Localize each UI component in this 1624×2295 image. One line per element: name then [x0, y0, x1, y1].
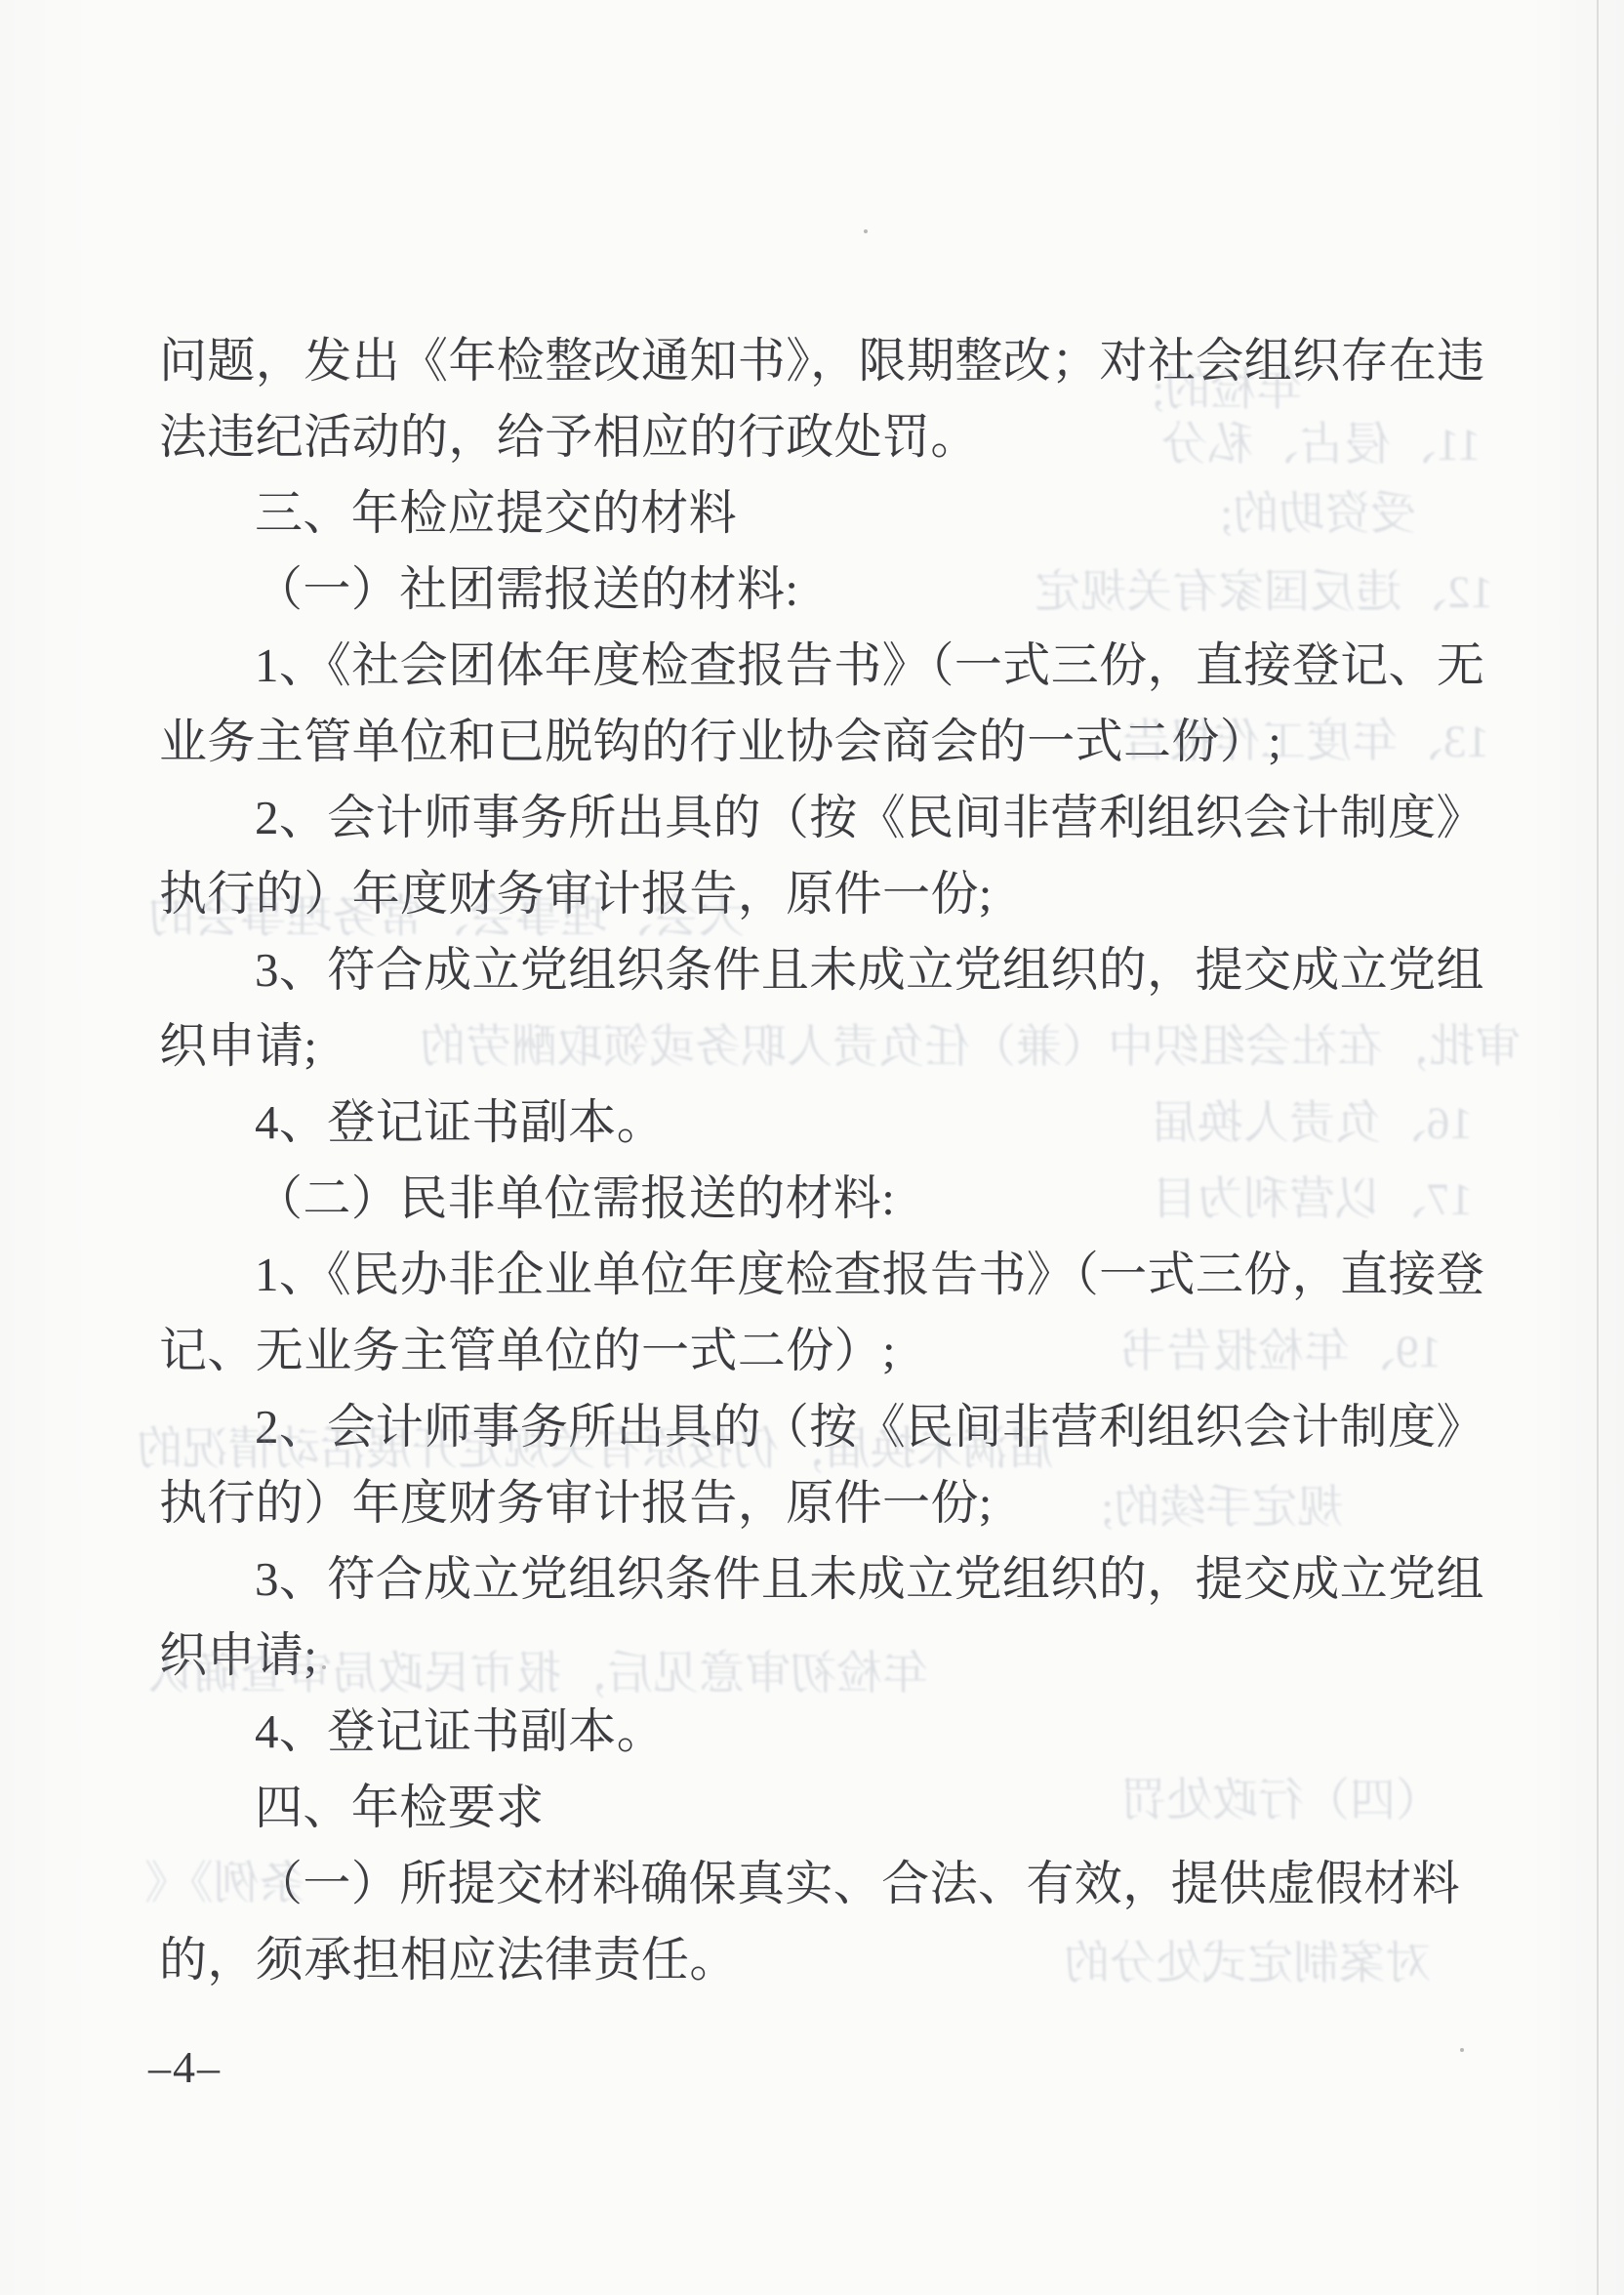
text-line: 织申请;: [159, 1618, 1525, 1694]
paper-speck: [864, 229, 868, 233]
text-line: 4、登记证书副本。: [159, 1694, 1525, 1770]
scanned-document-page: 问题，发出《年检整改通知书》，限期整改；对社会组织存在违法违纪活动的，给予相应的…: [0, 0, 1624, 2295]
text-line: 4、登记证书副本。: [159, 1085, 1525, 1161]
text-line: 1、《社会团体年度检查报告书》（一式三份，直接登记、无: [159, 628, 1525, 704]
text-line: 3、符合成立党组织条件且未成立党组织的，提交成立党组: [159, 1541, 1525, 1618]
scan-edge-line: [1597, 0, 1599, 2295]
document-body: 问题，发出《年检整改通知书》，限期整改；对社会组织存在违法违纪活动的，给予相应的…: [159, 323, 1525, 1998]
text-line: 2、会计师事务所出具的（按《民间非营利组织会计制度》: [159, 780, 1525, 856]
text-line: 3、符合成立党组织条件且未成立党组织的，提交成立党组: [159, 932, 1525, 1008]
paper-speck: [322, 1665, 326, 1669]
text-line: 法违纪活动的，给予相应的行政处罚。: [159, 399, 1525, 475]
text-line: 问题，发出《年检整改通知书》，限期整改；对社会组织存在违: [159, 323, 1525, 399]
text-line: 织申请;: [159, 1008, 1525, 1085]
text-line: 的，须承担相应法律责任。: [159, 1922, 1525, 1998]
text-line: 1、《民办非企业单位年度检查报告书》（一式三份，直接登: [159, 1237, 1525, 1313]
text-line: （一）所提交材料确保真实、合法、有效，提供虚假材料: [159, 1846, 1525, 1922]
text-line: （二）民非单位需报送的材料:: [159, 1161, 1525, 1237]
text-line: 业务主管单位和已脱钩的行业协会商会的一式二份）;: [159, 704, 1525, 780]
text-line: 记、无业务主管单位的一式二份）;: [159, 1313, 1525, 1389]
text-line: 执行的）年度财务审计报告，原件一份;: [159, 856, 1525, 932]
text-line: （一）社团需报送的材料:: [159, 552, 1525, 628]
paper-speck: [1460, 2048, 1464, 2052]
text-line: 四、年检要求: [159, 1770, 1525, 1846]
text-line: 2、会计师事务所出具的（按《民间非营利组织会计制度》: [159, 1389, 1525, 1465]
page-number: –4–: [148, 2042, 222, 2093]
text-line: 执行的）年度财务审计报告，原件一份;: [159, 1465, 1525, 1541]
text-line: 三、年检应提交的材料: [159, 475, 1525, 552]
